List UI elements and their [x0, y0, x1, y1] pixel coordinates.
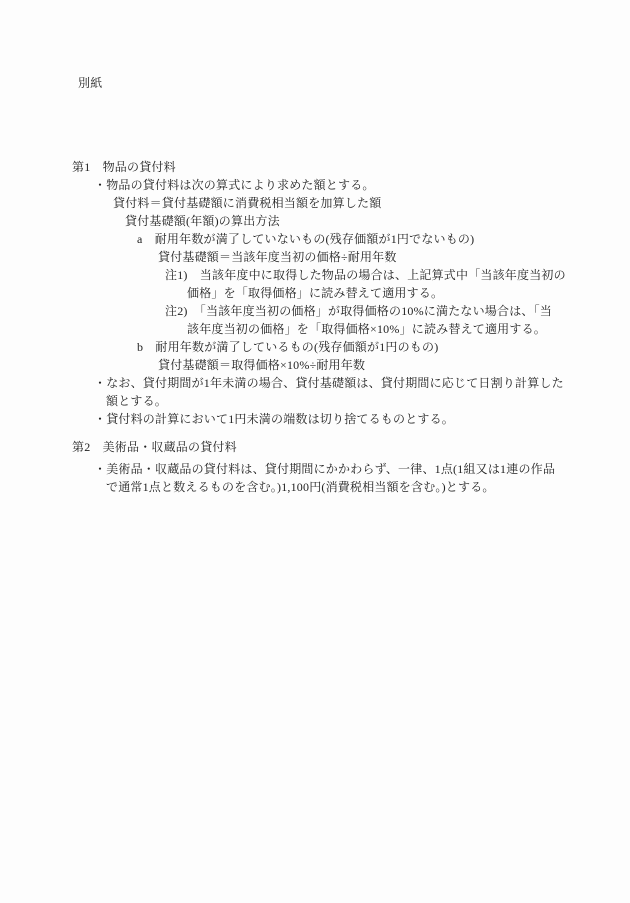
section-1-bullet-proration-line-2: 額とする。	[106, 392, 630, 410]
section-1-rental-fee-formula: 貸付料＝貸付基礎額に消費税相当額を加算した額	[113, 194, 630, 212]
section-1-item-a-formula: 貸付基礎額＝当該年度当初の価格÷耐用年数	[158, 248, 630, 266]
section-1-note-1-line-2: 価格」を「取得価格」に読み替えて適用する。	[187, 284, 630, 302]
section-1-item-a: a 耐用年数が満了していないもの(残存価額が1円でないもの)	[137, 230, 630, 248]
section-2-heading: 第2 美術品・収蔵品の貸付料	[72, 438, 630, 456]
document-page: 別紙 第1 物品の貸付料 ・物品の貸付料は次の算式により求めた額とする。 貸付料…	[0, 0, 630, 903]
attachment-label: 別紙	[78, 74, 630, 92]
section-1-item-b-formula: 貸付基礎額＝取得価格×10%÷耐用年数	[158, 356, 630, 374]
section-1-bullet-rounding: ・貸付料の計算において1円未満の端数は切り捨てるものとする。	[94, 410, 630, 428]
section-1-bullet-formula-intro: ・物品の貸付料は次の算式により求めた額とする。	[94, 176, 630, 194]
section-1-bullet-proration-line-1: ・なお、貸付期間が1年未満の場合、貸付基礎額は、貸付期間に応じて日割り計算した	[94, 374, 630, 392]
gap-before-section-1	[0, 92, 630, 158]
section-1-item-b: b 耐用年数が満了しているもの(残存価額が1円のもの)	[137, 338, 630, 356]
section-2-bullet-artworks-fee-line-2: で通常1点と数えるものを含む。)1,100円(消費税相当額を含む。)とする。	[106, 478, 630, 496]
section-1-note-2-line-1: 注2) 「当該年度当初の価格」が取得価格の10%に満たない場合は、「当	[165, 302, 630, 320]
section-2-bullet-artworks-fee-line-1: ・美術品・収蔵品の貸付料は、貸付期間にかかわらず、一律、1点(1組又は1連の作品	[94, 460, 630, 478]
section-1-base-amount-method-label: 貸付基礎額(年額)の算出方法	[125, 212, 630, 230]
section-1-heading: 第1 物品の貸付料	[72, 158, 630, 176]
section-1-note-1-line-1: 注1) 当該年度中に取得した物品の場合は、上記算式中「当該年度当初の	[165, 266, 630, 284]
gap-before-section-2	[0, 428, 630, 438]
top-margin	[0, 0, 630, 74]
section-1-note-2-line-2: 該年度当初の価格」を「取得価格×10%」に読み替えて適用する。	[187, 320, 630, 338]
